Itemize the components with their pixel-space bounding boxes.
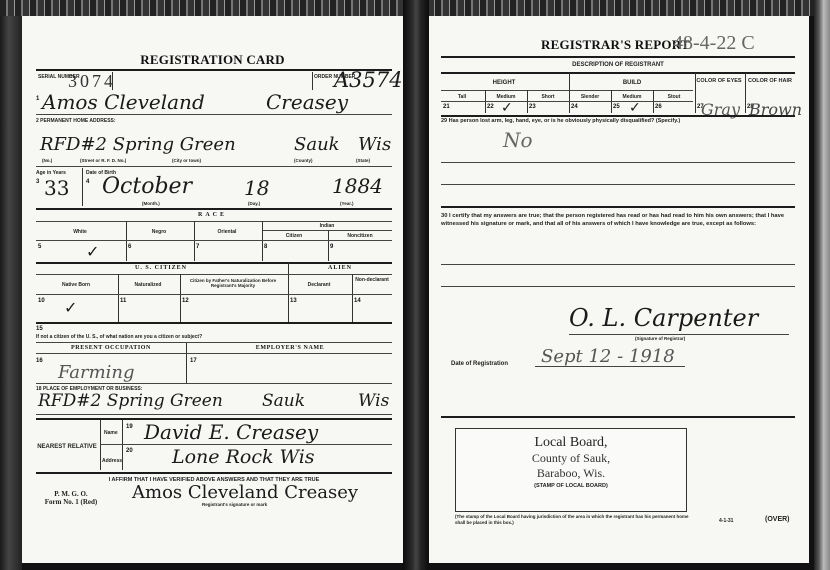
citizen-col-by-father: Citizen by Father's Naturalization Befor… bbox=[180, 278, 286, 288]
order-label: ORDER NUMBER bbox=[314, 74, 336, 80]
divider bbox=[186, 343, 187, 383]
field-number: 25 bbox=[613, 104, 620, 110]
white-checkmark: ✓ bbox=[86, 242, 99, 261]
local-board-stamp: Local Board, County of Sauk, Baraboo, Wi… bbox=[455, 428, 687, 512]
description-header: DESCRIPTION OF REGISTRANT bbox=[441, 62, 795, 68]
field-number: 13 bbox=[290, 298, 297, 304]
address-county: Sauk bbox=[294, 134, 340, 155]
divider bbox=[36, 294, 392, 295]
form-code: 4-1-31 bbox=[719, 518, 733, 524]
employment-county: Sauk bbox=[262, 391, 305, 411]
registrar-certification: 30 I certify that my answers are true; t… bbox=[441, 212, 795, 228]
race-col-indian: Indian bbox=[262, 223, 392, 229]
employment-street: RFD#2 Spring Green bbox=[38, 391, 223, 411]
field-number: 26 bbox=[655, 104, 662, 110]
divider bbox=[441, 286, 795, 287]
disability-question: 29 Has person lost arm, leg, hand, eye, … bbox=[441, 118, 795, 125]
registrant-first-middle-name: Amos Cleveland bbox=[42, 90, 205, 114]
divider bbox=[36, 383, 392, 384]
divider bbox=[36, 274, 392, 275]
divider bbox=[328, 230, 329, 261]
relative-name: David E. Creasey bbox=[144, 420, 318, 444]
divider bbox=[441, 162, 795, 163]
race-header: RACE bbox=[22, 212, 403, 218]
caption: (Month.) bbox=[142, 201, 160, 206]
native-born-checkmark: ✓ bbox=[64, 298, 77, 317]
field-number: 3 bbox=[36, 179, 39, 185]
address-label: 2 PERMANENT HOME ADDRESS: bbox=[36, 118, 116, 124]
divider bbox=[180, 274, 181, 323]
date-of-registration-label: Date of Registration bbox=[451, 360, 508, 368]
divider bbox=[262, 221, 263, 261]
field-number: 4 bbox=[86, 179, 89, 185]
relative-address: Lone Rock Wis bbox=[172, 446, 315, 468]
divider bbox=[36, 262, 392, 264]
scan-gutter bbox=[403, 0, 429, 570]
citizen-col-naturalized: Naturalized bbox=[118, 282, 178, 288]
divider bbox=[126, 221, 127, 261]
card-title: REGISTRATION CARD bbox=[22, 52, 403, 68]
alien-header: ALIEN bbox=[288, 265, 392, 271]
registrant-last-name: Creasey bbox=[266, 90, 348, 114]
serial-number: 3074 bbox=[68, 71, 116, 92]
eyes-header: COLOR OF EYES bbox=[695, 78, 743, 85]
build-medium-checkmark: ✓ bbox=[629, 100, 641, 116]
divider bbox=[36, 322, 392, 324]
divider bbox=[36, 166, 392, 167]
caption: (State) bbox=[356, 158, 370, 163]
divider bbox=[112, 72, 113, 90]
stamp-number: 48-4-22 C bbox=[673, 32, 755, 55]
divider bbox=[82, 168, 83, 206]
divider bbox=[441, 115, 795, 117]
employment-state: Wis bbox=[358, 391, 389, 411]
caption: (No.) bbox=[42, 158, 52, 163]
report-title: REGISTRAR'S REPORT bbox=[541, 37, 690, 53]
divider bbox=[535, 366, 685, 367]
stamp-note: (The stamp of the Local Board having jur… bbox=[455, 514, 695, 526]
field-number: 6 bbox=[128, 244, 131, 250]
race-col-noncitizen: Noncitizen bbox=[328, 233, 392, 239]
field-number: 11 bbox=[120, 298, 126, 304]
divider bbox=[569, 73, 570, 113]
divider bbox=[36, 208, 392, 210]
divider bbox=[36, 221, 392, 222]
occupation-header: PRESENT OCCUPATION bbox=[36, 345, 186, 351]
field-number: 7 bbox=[196, 244, 199, 250]
stamp-line-1: Local Board, bbox=[456, 435, 686, 451]
caption: (Year.) bbox=[340, 201, 354, 206]
build-col-slender: Slender bbox=[569, 94, 611, 100]
divider bbox=[441, 72, 795, 74]
divider bbox=[745, 73, 746, 113]
age-value: 33 bbox=[44, 176, 69, 200]
nearest-relative-label: NEAREST RELATIVE bbox=[36, 444, 98, 451]
divider bbox=[36, 342, 392, 343]
race-col-oriental: Oriental bbox=[194, 229, 260, 235]
race-col-negro: Negro bbox=[126, 229, 192, 235]
divider bbox=[352, 274, 353, 323]
field-number: 23 bbox=[529, 104, 536, 110]
relative-name-label: Name bbox=[104, 430, 118, 436]
field-number: 20 bbox=[126, 448, 133, 454]
race-col-white: White bbox=[36, 229, 124, 235]
field-number: 19 bbox=[126, 424, 133, 430]
caption: (Day.) bbox=[248, 201, 260, 206]
registrar-signature-caption: (Signature of Registrar) bbox=[635, 336, 685, 341]
address-street: RFD#2 Spring Green bbox=[40, 134, 236, 155]
divider bbox=[312, 72, 313, 90]
disability-answer: No bbox=[503, 128, 533, 152]
divider bbox=[441, 264, 795, 265]
alien-col-declarant: Declarant bbox=[288, 282, 350, 288]
field-number: 22 bbox=[487, 104, 494, 110]
divider bbox=[262, 230, 392, 231]
alien-col-nondeclarant: Non-declarant bbox=[352, 278, 392, 283]
field-number: 12 bbox=[182, 298, 189, 304]
citizen-col-native: Native Born bbox=[36, 282, 116, 288]
occupation-value: Farming bbox=[58, 362, 135, 383]
field-number: 1 bbox=[36, 96, 39, 102]
divider bbox=[36, 240, 392, 241]
registrant-signature: Amos Cleveland Creasey bbox=[132, 482, 358, 503]
height-medium-checkmark: ✓ bbox=[501, 100, 513, 116]
divider bbox=[441, 90, 693, 91]
divider bbox=[100, 420, 101, 470]
race-col-citizen: Citizen bbox=[262, 233, 326, 239]
caption: (City or town) bbox=[172, 158, 201, 163]
caption: (County) bbox=[294, 158, 313, 163]
divider bbox=[441, 184, 795, 185]
us-citizen-header: U. S. CITIZEN bbox=[36, 265, 286, 271]
build-header: BUILD bbox=[569, 80, 695, 86]
form-label-number: Form No. 1 (Red) bbox=[28, 498, 114, 506]
order-number: A3574 bbox=[334, 68, 403, 92]
divider bbox=[36, 353, 392, 354]
divider bbox=[288, 263, 289, 323]
field-number: 21 bbox=[443, 104, 450, 110]
dob-month: October bbox=[102, 174, 192, 199]
field-number: 17 bbox=[190, 358, 197, 364]
dob-year: 1884 bbox=[332, 174, 383, 198]
divider bbox=[36, 114, 392, 115]
divider bbox=[118, 274, 119, 323]
divider bbox=[100, 444, 392, 445]
build-col-stout: Stout bbox=[653, 94, 695, 100]
registrar-signature: O. L. Carpenter bbox=[569, 304, 758, 332]
over-label: (OVER) bbox=[765, 516, 790, 523]
form-label-pmgo: P. M. G. O. bbox=[36, 490, 106, 498]
height-header: HEIGHT bbox=[441, 80, 567, 86]
divider bbox=[441, 206, 795, 208]
stamp-line-3: Baraboo, Wis. bbox=[456, 466, 686, 481]
field-number: 10 bbox=[38, 298, 45, 304]
relative-address-label: Address bbox=[102, 458, 122, 464]
registrars-report-back: REGISTRAR'S REPORT 48-4-22 C DESCRIPTION… bbox=[429, 16, 809, 563]
field-number: 5 bbox=[38, 244, 41, 250]
divider bbox=[441, 56, 795, 58]
divider bbox=[441, 416, 795, 418]
field-number: 24 bbox=[571, 104, 578, 110]
address-state: Wis bbox=[358, 134, 391, 155]
divider bbox=[36, 414, 392, 415]
nationality-question: If not a citizen of the U. S., of what n… bbox=[36, 334, 202, 340]
stamp-line-2: County of Sauk, bbox=[456, 451, 686, 466]
divider bbox=[441, 101, 693, 102]
divider bbox=[122, 420, 123, 470]
field-number: 16 bbox=[36, 358, 43, 364]
divider bbox=[695, 73, 696, 113]
serial-label: SERIAL NUMBER bbox=[38, 74, 64, 80]
stamp-caption: (STAMP OF LOCAL BOARD) bbox=[456, 483, 686, 489]
employer-header: EMPLOYER'S NAME bbox=[188, 345, 392, 351]
divider bbox=[36, 472, 392, 474]
field-number: 15 bbox=[36, 326, 43, 332]
dob-day: 18 bbox=[244, 176, 269, 200]
divider bbox=[194, 221, 195, 261]
field-number: 9 bbox=[330, 244, 333, 250]
height-col-short: Short bbox=[527, 94, 569, 100]
field-number: 14 bbox=[354, 298, 361, 304]
registration-card-front: REGISTRATION CARD SERIAL NUMBER 3074 ORD… bbox=[22, 16, 403, 563]
caption: (Street or R. F. D. No.) bbox=[80, 158, 126, 163]
film-edge-left bbox=[0, 0, 22, 570]
height-col-tall: Tall bbox=[441, 94, 483, 100]
field-number: 8 bbox=[264, 244, 267, 250]
film-edge-right bbox=[814, 0, 830, 570]
hair-header: COLOR OF HAIR bbox=[745, 78, 795, 85]
signature-caption: Registrant's signature or mark bbox=[202, 502, 267, 507]
divider bbox=[569, 334, 789, 335]
date-of-registration-value: Sept 12 - 1918 bbox=[541, 346, 675, 367]
